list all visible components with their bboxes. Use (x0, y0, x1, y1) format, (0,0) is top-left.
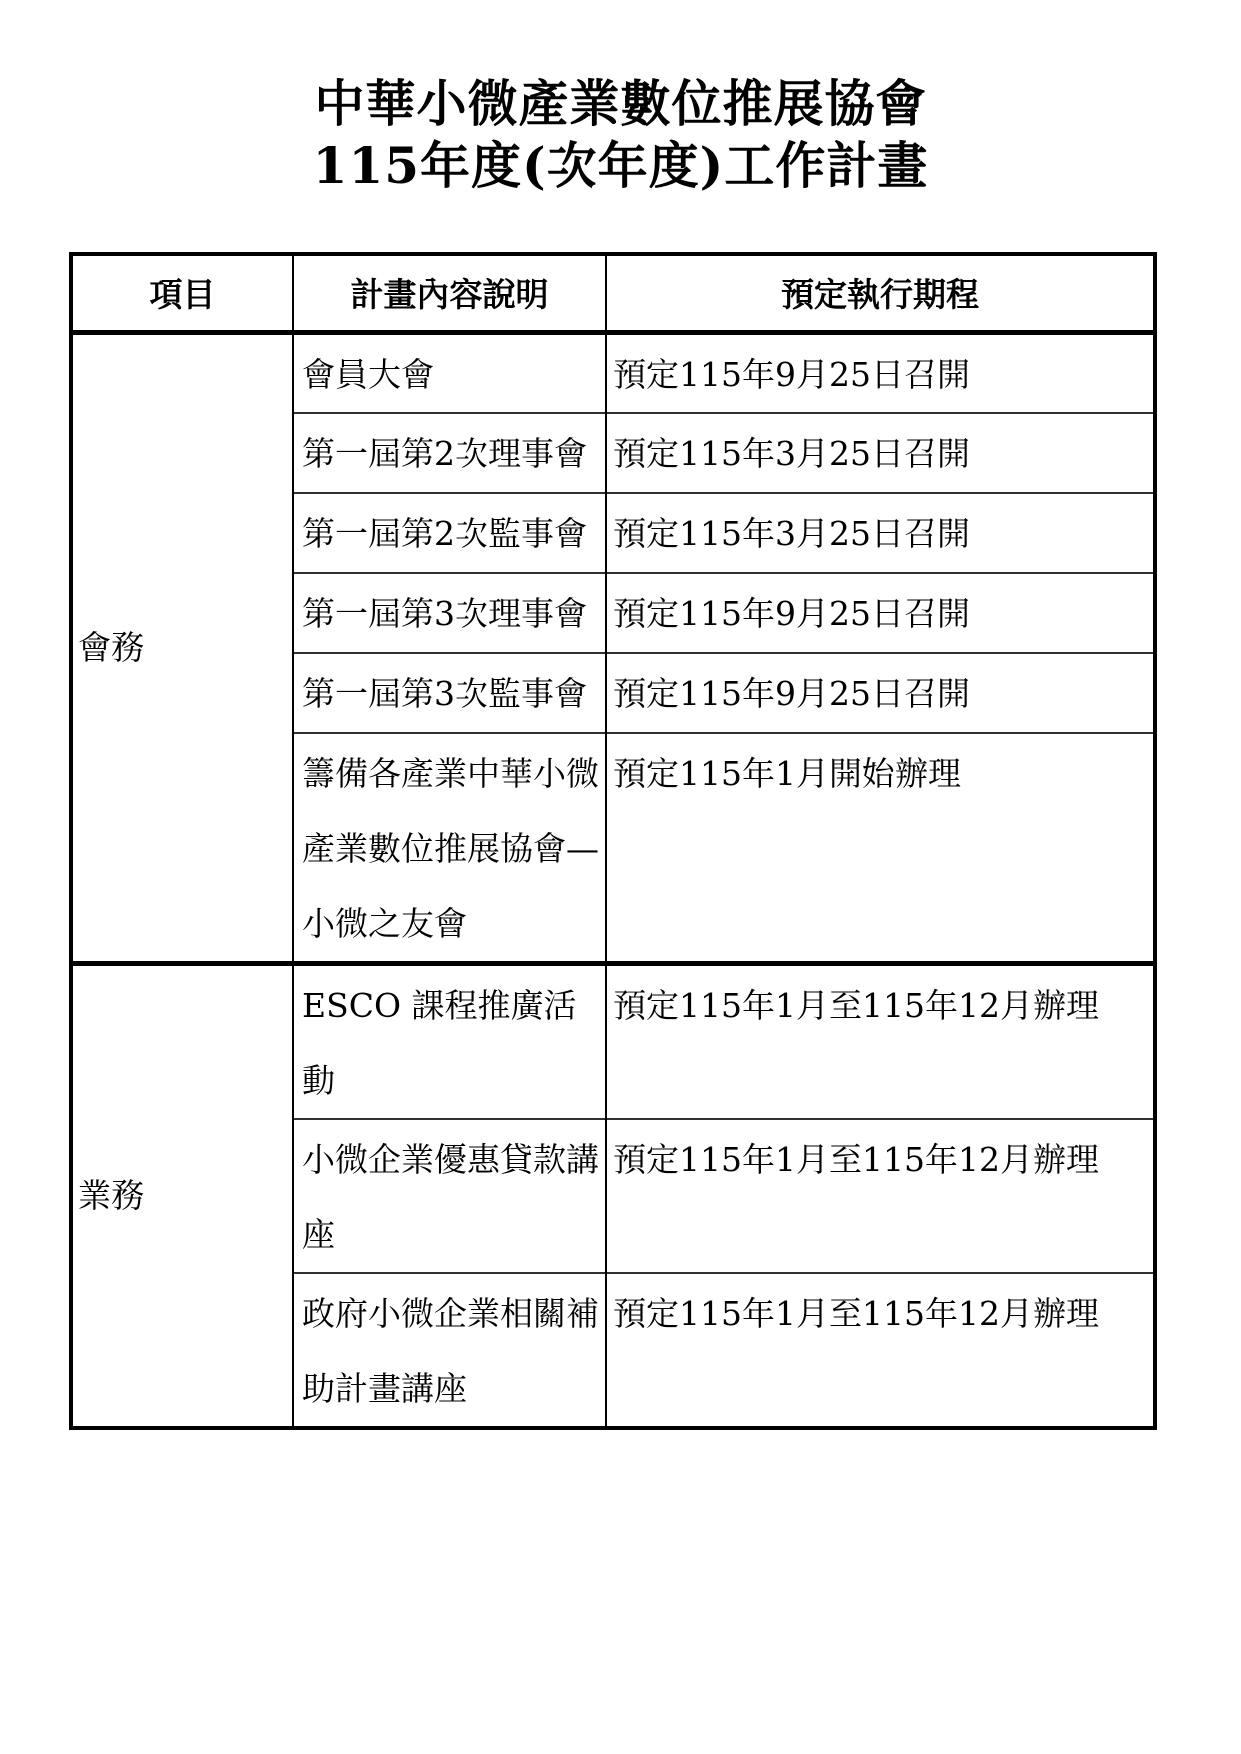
header-item: 項目 (71, 254, 293, 332)
plan-cell: 第一屆第2次監事會 (293, 493, 606, 573)
plan-cell: 第一屆第2次理事會 (293, 413, 606, 493)
schedule-cell: 預定115年3月25日召開 (606, 413, 1155, 493)
header-schedule: 預定執行期程 (606, 254, 1155, 332)
table-row: 業務 ESCO 課程推廣活動 預定115年1月至115年12月辦理 (71, 963, 1155, 1119)
category-cell-yewu: 業務 (71, 963, 293, 1428)
plan-cell: 小微企業優惠貸款講 座 (293, 1119, 606, 1273)
document-title-line1: 中華小微產業數位推展協會 (0, 73, 1241, 135)
plan-cell: 第一屆第3次理事會 (293, 573, 606, 653)
schedule-cell: 預定115年9月25日召開 (606, 332, 1155, 413)
schedule-cell: 預定115年1月開始辦理 (606, 733, 1155, 964)
document-title: 中華小微產業數位推展協會 115年度(次年度)工作計畫 (0, 73, 1241, 197)
schedule-cell: 預定115年9月25日召開 (606, 653, 1155, 733)
table-header-row: 項目 計畫內容說明 預定執行期程 (71, 254, 1155, 332)
document-page: { "document": { "title_line1": "中華小微產業數位… (0, 0, 1241, 1754)
schedule-cell: 預定115年3月25日召開 (606, 493, 1155, 573)
work-plan-table: 項目 計畫內容說明 預定執行期程 會務 會員大會 預定115年9月25日召開 第… (69, 252, 1157, 1430)
category-cell-huiwu: 會務 (71, 332, 293, 963)
plan-cell: 籌備各產業中華小微 產業數位推展協會— 小微之友會 (293, 733, 606, 964)
document-title-line2: 115年度(次年度)工作計畫 (0, 135, 1241, 197)
plan-cell: ESCO 課程推廣活動 (293, 963, 606, 1119)
plan-cell: 會員大會 (293, 332, 606, 413)
schedule-cell: 預定115年1月至115年12月辦理 (606, 963, 1155, 1119)
schedule-cell: 預定115年9月25日召開 (606, 573, 1155, 653)
schedule-cell: 預定115年1月至115年12月辦理 (606, 1273, 1155, 1428)
table-row: 會務 會員大會 預定115年9月25日召開 (71, 332, 1155, 413)
header-plan: 計畫內容說明 (293, 254, 606, 332)
schedule-cell: 預定115年1月至115年12月辦理 (606, 1119, 1155, 1273)
plan-cell: 第一屆第3次監事會 (293, 653, 606, 733)
plan-cell: 政府小微企業相關補 助計畫講座 (293, 1273, 606, 1428)
